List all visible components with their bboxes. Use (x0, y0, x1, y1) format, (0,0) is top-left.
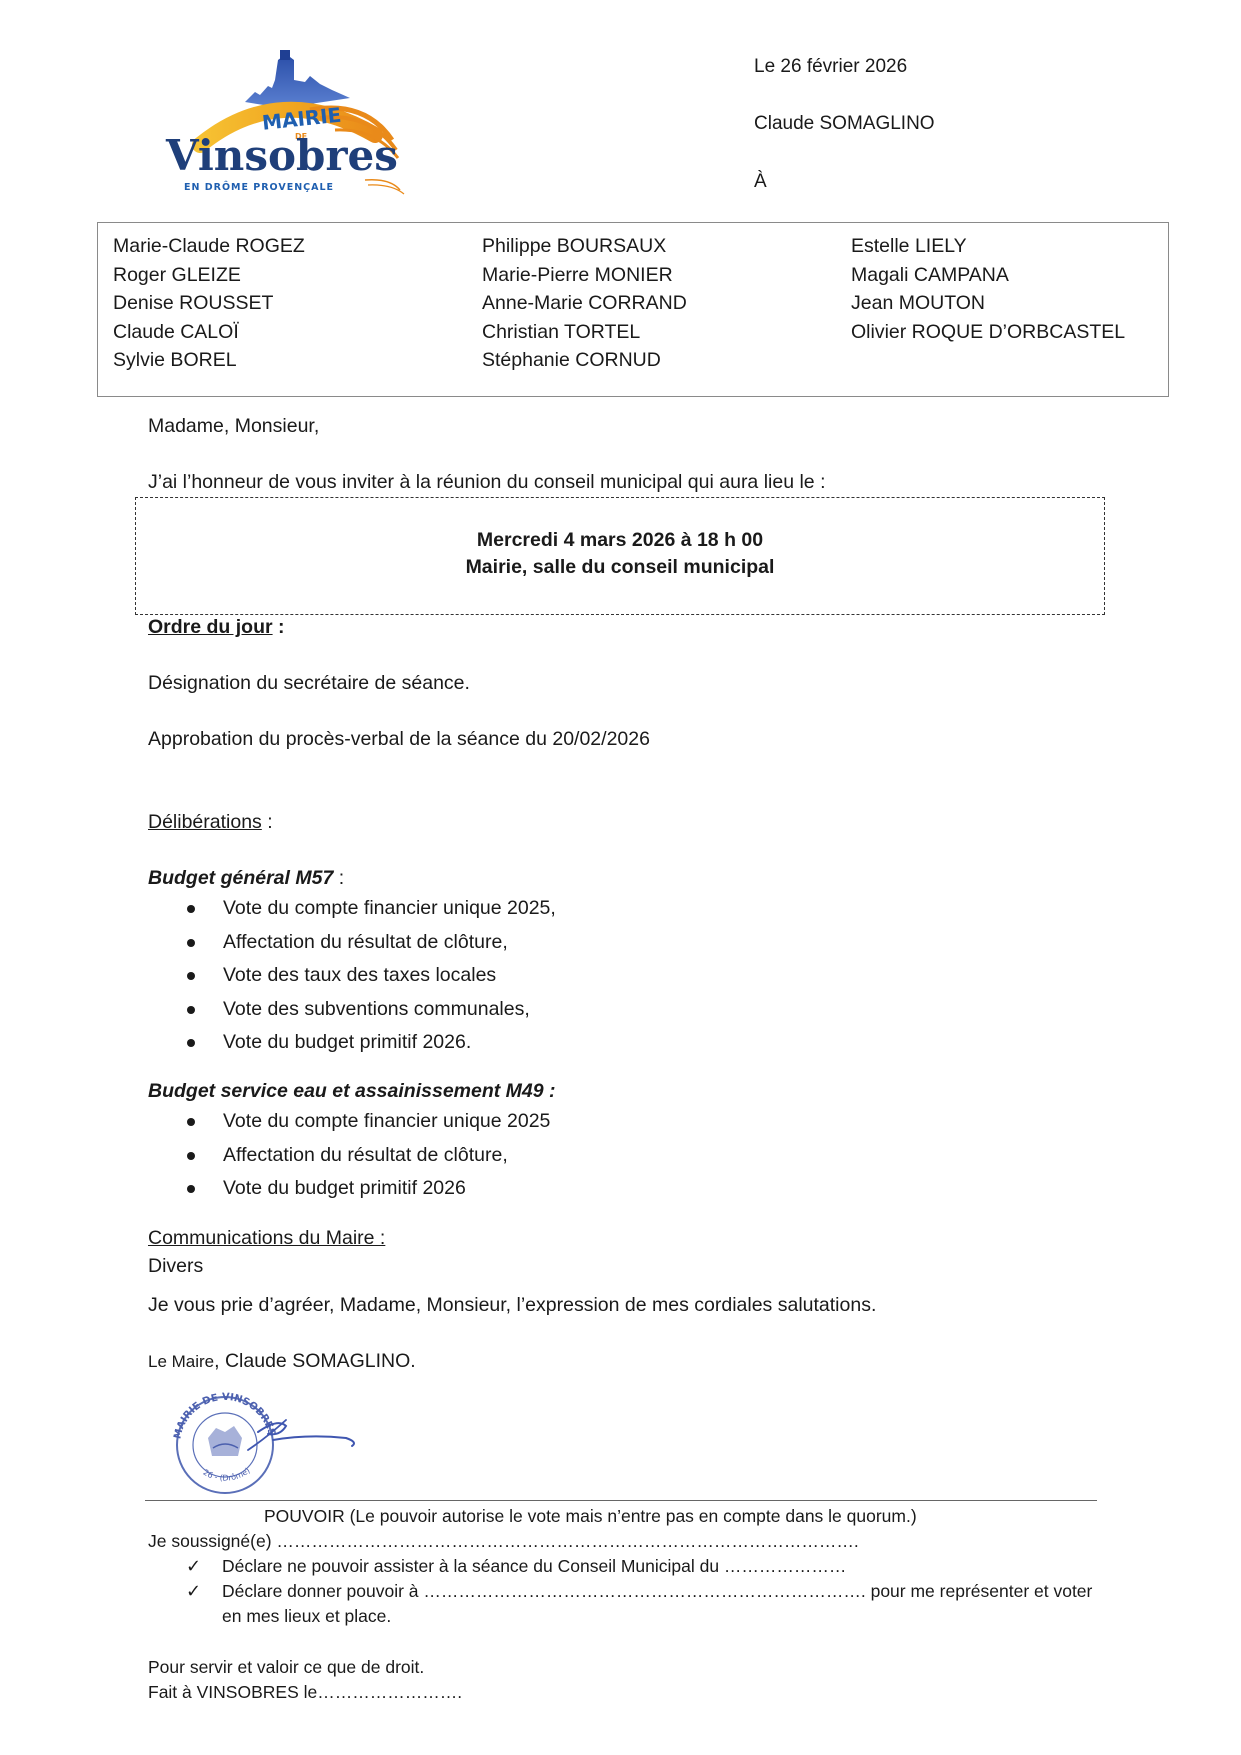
list-item: Vote des subventions communales, (148, 993, 556, 1027)
svg-text:26 - (Drôme): 26 - (Drôme) (201, 1466, 251, 1483)
svg-text:Vinsobres: Vinsobres (165, 131, 398, 180)
declare-proxy-line: Déclare donner pouvoir à ………………………………………… (222, 1580, 1092, 1602)
recipient-name: Jean MOUTON (851, 289, 1125, 318)
recipients-box: Marie-Claude ROGEZ Roger GLEIZE Denise R… (97, 222, 1169, 397)
bullet-icon (187, 1185, 195, 1193)
salutation: Madame, Monsieur, (148, 414, 319, 439)
list-item: Vote du budget primitif 2026 (148, 1172, 550, 1206)
list-item-text: Vote du budget primitif 2026. (223, 1031, 471, 1053)
declare-absence-line: Déclare ne pouvoir assister à la séance … (222, 1555, 846, 1577)
budget-general-title: Budget général M57 (148, 867, 333, 889)
list-item: Vote du compte financier unique 2025, (148, 892, 556, 926)
recipients-column-2: Philippe BOURSAUX Marie-Pierre MONIER An… (482, 232, 687, 375)
list-item-text: Vote du compte financier unique 2025, (223, 897, 556, 919)
deliberations-heading-label: Délibérations (148, 811, 262, 833)
checkmark-icon: ✓ (186, 1555, 201, 1577)
recipient-name: Marie-Pierre MONIER (482, 261, 687, 290)
divers-label: Divers (148, 1254, 203, 1279)
recipient-name: Sylvie BOREL (113, 346, 305, 375)
recipient-name: Olivier ROQUE D’ORBCASTEL (851, 318, 1125, 347)
budget-general-list: Vote du compte financier unique 2025, Af… (148, 892, 556, 1060)
recipient-name: Estelle LIELY (851, 232, 1125, 261)
list-item: Vote du budget primitif 2026. (148, 1026, 556, 1060)
budget-eau-list: Vote du compte financier unique 2025 Aff… (148, 1105, 550, 1206)
svg-text:EN DRÔME PROVENÇALE: EN DRÔME PROVENÇALE (184, 181, 334, 193)
soussigne-line: Je soussigné(e) ………………………………………………………………… (148, 1530, 859, 1552)
agenda-item-secretary: Désignation du secrétaire de séance. (148, 671, 470, 696)
mairie-stamp-signature: MAIRIE DE VINSOBRES 26 - (Drôme) (168, 1390, 368, 1500)
meeting-place: Mairie, salle du conseil municipal (136, 555, 1104, 580)
bullet-icon (187, 1039, 195, 1047)
list-item: Affectation du résultat de clôture, (148, 926, 556, 960)
recipient-name: Claude CALOÏ (113, 318, 305, 347)
recipient-name: Christian TORTEL (482, 318, 687, 347)
sender-name: Claude SOMAGLINO (754, 112, 935, 136)
recipient-name: Roger GLEIZE (113, 261, 305, 290)
list-item-text: Vote du compte financier unique 2025 (223, 1110, 550, 1132)
deliberations-heading: Délibérations : (148, 810, 273, 835)
list-item-text: Vote des taux des taxes locales (223, 964, 496, 986)
signature-name: , Claude SOMAGLINO. (214, 1350, 416, 1372)
recipient-label: À (754, 170, 767, 194)
agenda-item-approval: Approbation du procès-verbal de la séanc… (148, 727, 650, 752)
bullet-icon (187, 1006, 195, 1014)
invitation-sentence: J’ai l’honneur de vous inviter à la réun… (148, 470, 825, 495)
signature-line: Le Maire, Claude SOMAGLINO. (148, 1349, 416, 1374)
list-item: Vote du compte financier unique 2025 (148, 1105, 550, 1139)
declare-proxy-line-2: en mes lieux et place. (222, 1605, 391, 1627)
recipient-name: Philippe BOURSAUX (482, 232, 687, 261)
recipient-name: Magali CAMPANA (851, 261, 1125, 290)
budget-general-colon: : (333, 867, 344, 889)
meeting-datetime: Mercredi 4 mars 2026 à 18 h 00 (136, 528, 1104, 553)
recipient-name: Anne-Marie CORRAND (482, 289, 687, 318)
list-item: Vote des taux des taxes locales (148, 959, 556, 993)
recipient-name: Denise ROUSSET (113, 289, 305, 318)
list-item: Affectation du résultat de clôture, (148, 1139, 550, 1173)
budget-general-heading: Budget général M57 : (148, 866, 344, 891)
recipient-name: Stéphanie CORNUD (482, 346, 687, 375)
agenda-heading-label: Ordre du jour (148, 616, 273, 638)
meeting-details-box: Mercredi 4 mars 2026 à 18 h 00 Mairie, s… (135, 497, 1105, 615)
bullet-icon (187, 972, 195, 980)
bullet-icon (187, 1152, 195, 1160)
bullet-icon (187, 1118, 195, 1126)
recipients-column-1: Marie-Claude ROGEZ Roger GLEIZE Denise R… (113, 232, 305, 375)
bullet-icon (187, 905, 195, 913)
section-divider (145, 1500, 1097, 1501)
pouvoir-title: POUVOIR (Le pouvoir autorise le vote mai… (264, 1505, 917, 1527)
recipient-name: Marie-Claude ROGEZ (113, 232, 305, 261)
agenda-heading-colon: : (273, 616, 285, 638)
fait-a-line: Fait à VINSOBRES le……………………. (148, 1681, 462, 1703)
letter-page: MAIRIE DE Vinsobres EN DRÔME PROVENÇALE … (0, 0, 1241, 1755)
list-item-text: Vote des subventions communales, (223, 998, 530, 1020)
letter-date: Le 26 février 2026 (754, 55, 907, 79)
signature-prefix: Le Maire (148, 1352, 214, 1371)
list-item-text: Affectation du résultat de clôture, (223, 931, 508, 953)
bullet-icon (187, 939, 195, 947)
list-item-text: Vote du budget primitif 2026 (223, 1177, 466, 1199)
budget-eau-heading: Budget service eau et assainissement M49… (148, 1079, 556, 1104)
pour-servir-line: Pour servir et valoir ce que de droit. (148, 1656, 424, 1678)
mairie-vinsobres-logo: MAIRIE DE Vinsobres EN DRÔME PROVENÇALE (160, 40, 440, 200)
deliberations-heading-colon: : (262, 811, 273, 833)
list-item-text: Affectation du résultat de clôture, (223, 1144, 508, 1166)
recipients-column-3: Estelle LIELY Magali CAMPANA Jean MOUTON… (851, 232, 1125, 346)
communications-heading: Communications du Maire : (148, 1226, 385, 1251)
checkmark-icon: ✓ (186, 1580, 201, 1602)
closing-sentence: Je vous prie d’agréer, Madame, Monsieur,… (148, 1293, 876, 1318)
agenda-heading: Ordre du jour : (148, 615, 285, 640)
